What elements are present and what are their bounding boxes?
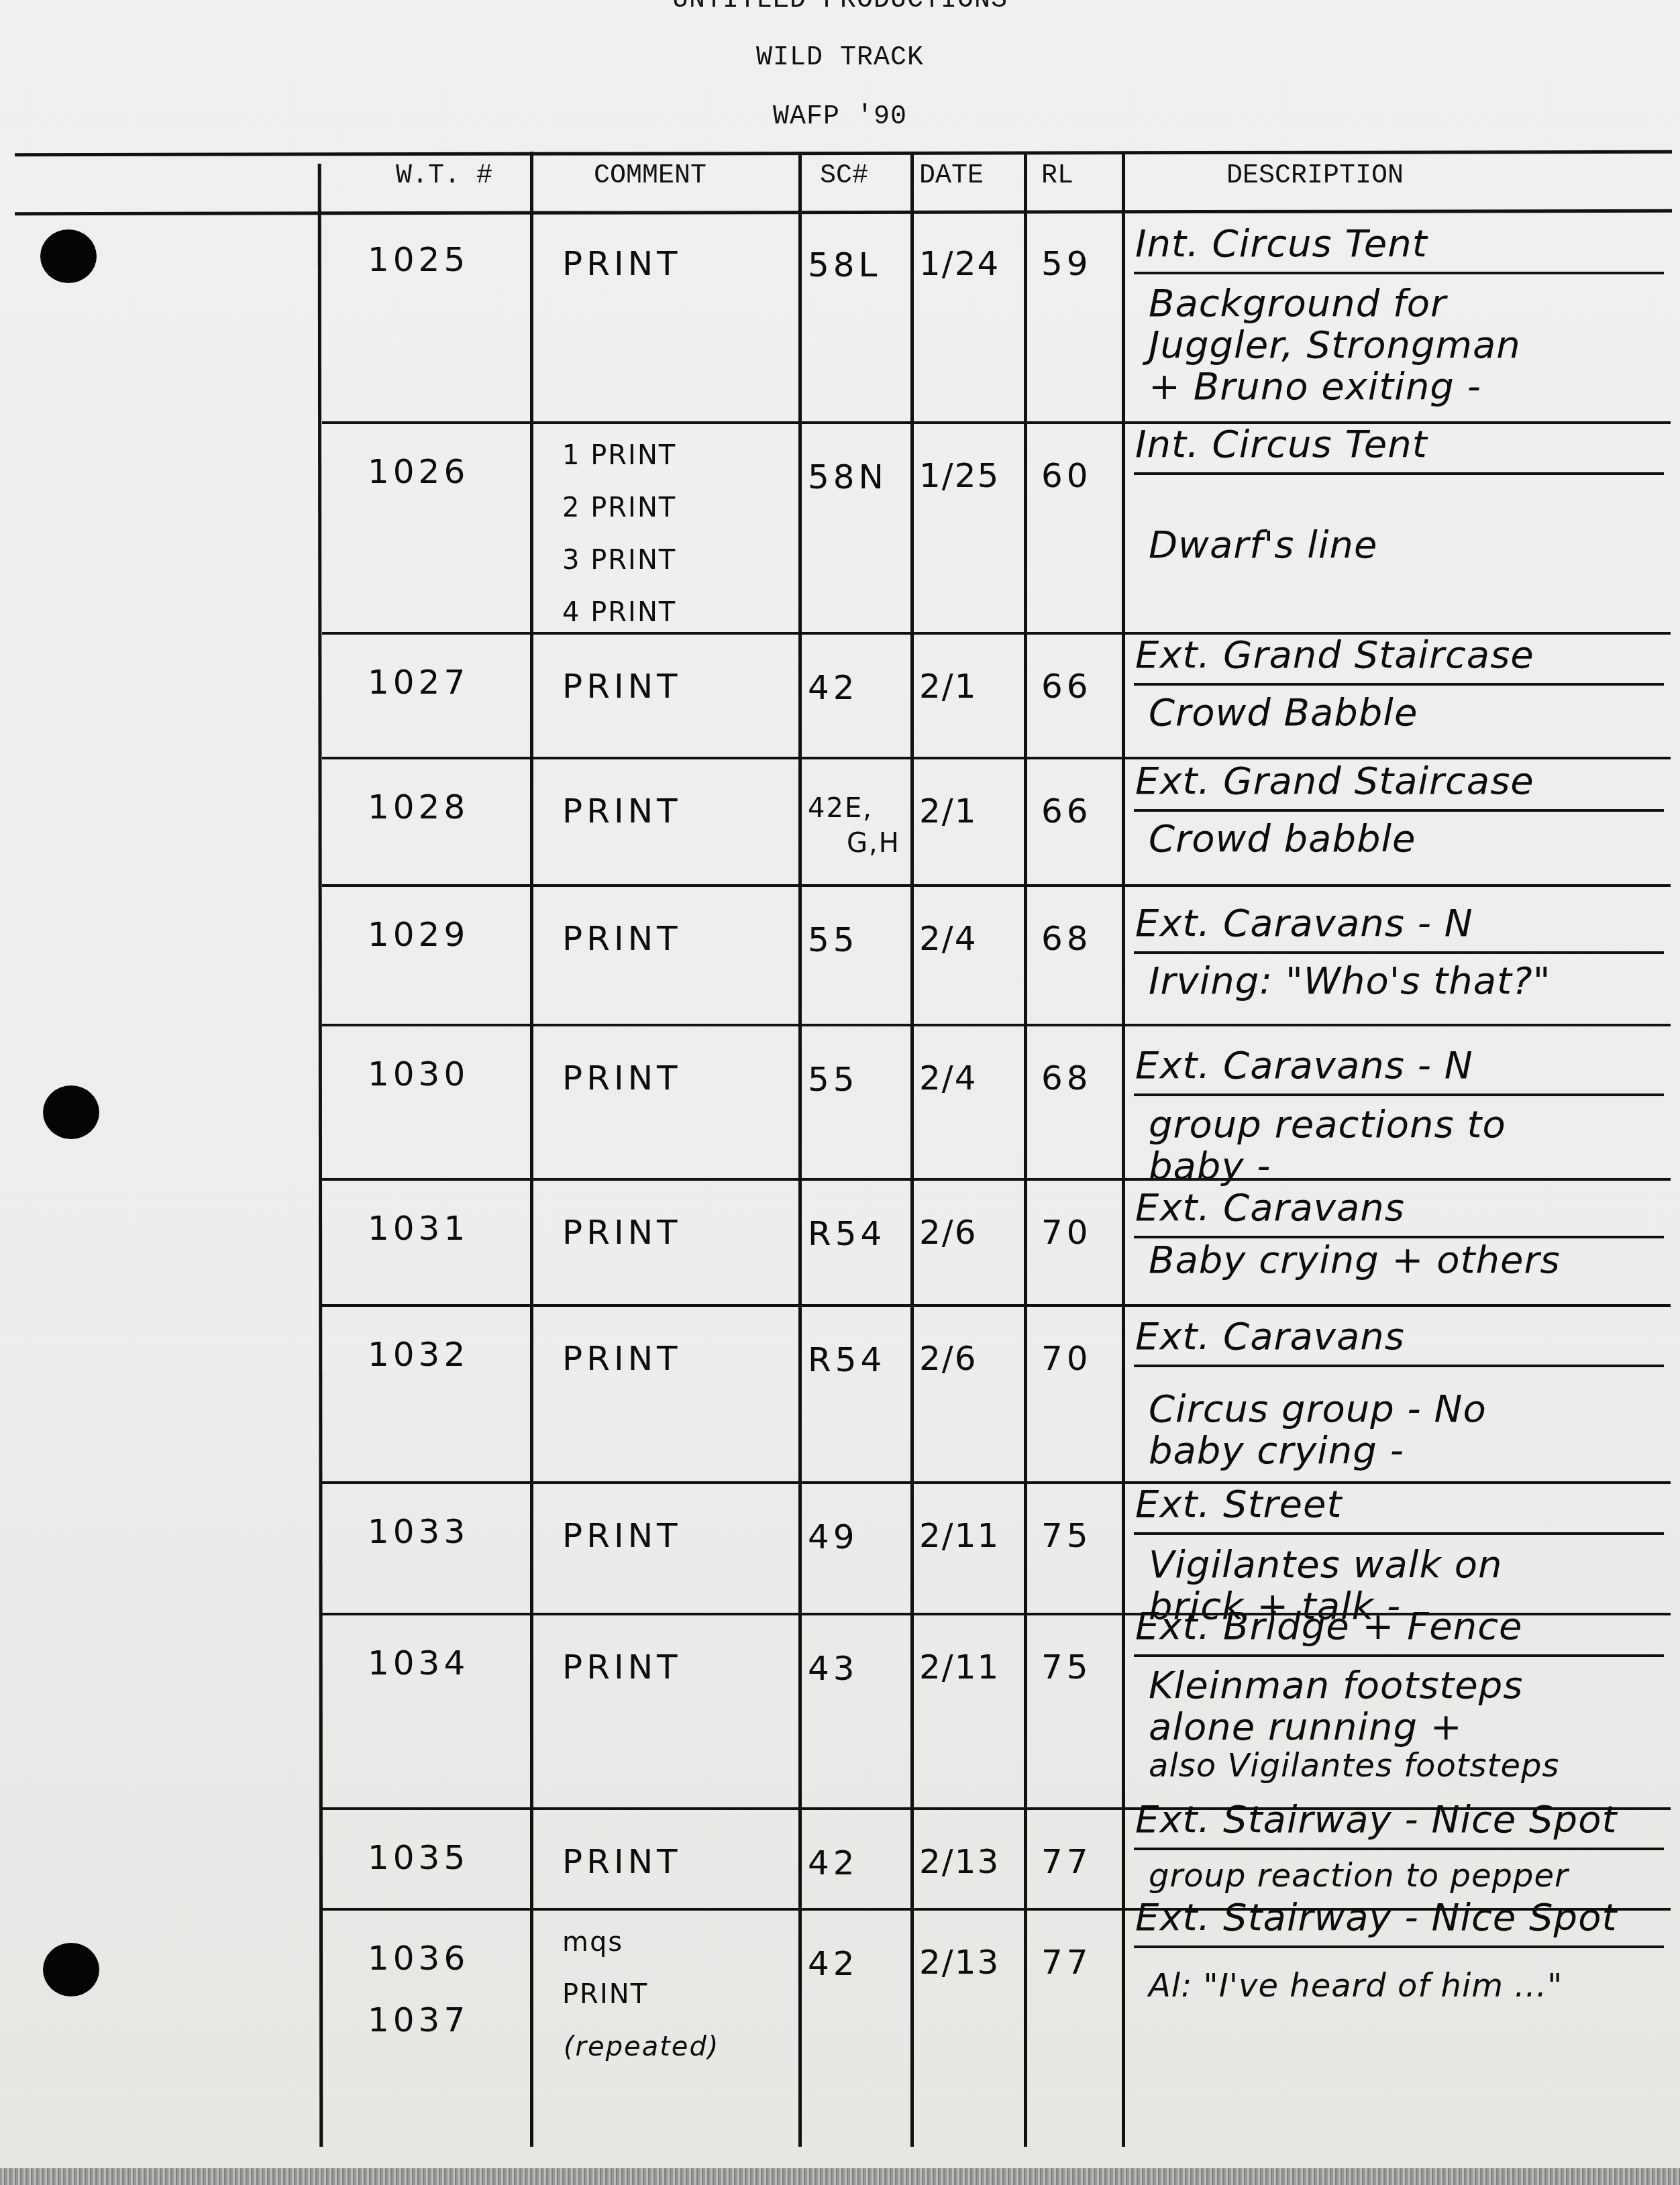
col-divider-desc-left bbox=[1122, 152, 1125, 2147]
company-name: UNTITLED PRODUCTIONS bbox=[0, 0, 1680, 15]
column-header-comment: COMMENT bbox=[594, 161, 706, 191]
reel-number: 75 bbox=[1041, 1648, 1092, 1687]
reel-number: 75 bbox=[1041, 1516, 1092, 1555]
scene-note: Juggler, Strongman bbox=[1149, 323, 1521, 367]
wt-number: 1031 bbox=[368, 1209, 469, 1248]
row-divider bbox=[322, 884, 1671, 887]
location-underline bbox=[1134, 1848, 1664, 1850]
date-text: 2/11 bbox=[919, 1648, 1000, 1687]
comment-text: 2 PRINT bbox=[562, 492, 676, 523]
date-text: 1/25 bbox=[919, 456, 1000, 495]
scene-note: baby crying - bbox=[1149, 1429, 1404, 1473]
scene-number: 55 bbox=[808, 1060, 859, 1099]
scene-number: 58N bbox=[808, 458, 888, 496]
scene-location: Ext. Caravans bbox=[1135, 1315, 1405, 1358]
row-divider bbox=[322, 421, 1671, 424]
scene-location: Ext. Caravans - N bbox=[1135, 902, 1473, 945]
reel-number: 66 bbox=[1041, 667, 1092, 706]
scene-number: 42E, bbox=[808, 793, 873, 824]
scene-note: Circus group - No bbox=[1149, 1387, 1487, 1431]
wt-number: 1028 bbox=[368, 788, 469, 827]
comment-text: PRINT bbox=[562, 1842, 682, 1881]
row-divider bbox=[322, 1024, 1671, 1026]
date-text: 2/1 bbox=[919, 667, 977, 706]
scene-location: Ext. Stairway - Nice Spot bbox=[1135, 1896, 1617, 1939]
col-divider-sc-left bbox=[798, 152, 802, 2147]
wt-number: 1025 bbox=[368, 240, 469, 279]
column-header-wt: W.T. # bbox=[396, 161, 492, 191]
scene-number: 55 bbox=[808, 920, 859, 959]
row-divider bbox=[322, 1304, 1671, 1307]
scene-location: Int. Circus Tent bbox=[1135, 423, 1428, 466]
wt-number: 1034 bbox=[368, 1644, 469, 1683]
wt-number: 1035 bbox=[368, 1838, 469, 1877]
comment-text: 3 PRINT bbox=[562, 545, 676, 576]
wt-number: 1032 bbox=[368, 1335, 469, 1374]
production-name: WAFP '90 bbox=[0, 102, 1680, 132]
scene-note: group reactions to bbox=[1149, 1103, 1506, 1147]
reel-number: 59 bbox=[1041, 244, 1092, 283]
scene-location: Ext. Stairway - Nice Spot bbox=[1135, 1798, 1617, 1842]
date-text: 2/13 bbox=[919, 1943, 1000, 1982]
scene-note: Crowd babble bbox=[1149, 817, 1416, 861]
col-divider-date-left bbox=[910, 154, 914, 2147]
location-underline bbox=[1134, 472, 1664, 475]
reel-number: 66 bbox=[1041, 792, 1092, 831]
reel-number: 70 bbox=[1041, 1213, 1092, 1252]
date-text: 2/6 bbox=[919, 1339, 977, 1378]
wt-number: 1037 bbox=[368, 2001, 469, 2039]
wt-number: 1026 bbox=[368, 452, 469, 491]
location-underline bbox=[1134, 1532, 1664, 1535]
location-underline bbox=[1134, 272, 1664, 274]
comment-text: PRINT bbox=[562, 1059, 682, 1098]
binder-hole-middle bbox=[43, 1085, 99, 1139]
column-header-rl: RL bbox=[1041, 161, 1073, 191]
column-header-description: DESCRIPTION bbox=[1226, 161, 1404, 191]
comment-text: 1 PRINT bbox=[562, 440, 676, 471]
scan-bottom-edge bbox=[0, 2168, 1680, 2185]
location-underline bbox=[1134, 809, 1664, 812]
column-header-date: DATE bbox=[919, 161, 984, 191]
comment-text: PRINT bbox=[562, 1339, 682, 1378]
comment-text: 4 PRINT bbox=[562, 597, 676, 628]
scene-note: group reaction to pepper bbox=[1149, 1857, 1569, 1895]
scene-number: 42 bbox=[808, 668, 859, 707]
scene-location: Ext. Caravans bbox=[1135, 1186, 1405, 1230]
scene-number: G,H bbox=[847, 828, 900, 859]
reel-number: 77 bbox=[1041, 1842, 1092, 1881]
binder-hole-bottom bbox=[43, 1943, 99, 1996]
comment-text: PRINT bbox=[562, 667, 682, 706]
scene-note: baby - bbox=[1149, 1144, 1271, 1188]
wt-number: 1030 bbox=[368, 1055, 469, 1094]
binder-hole-top bbox=[40, 229, 97, 283]
comment-text: PRINT bbox=[562, 1213, 682, 1252]
comment-text: PRINT bbox=[562, 244, 682, 283]
scene-location: Ext. Bridge + Fence bbox=[1135, 1605, 1523, 1648]
scene-number: R54 bbox=[808, 1340, 886, 1379]
col-divider-rl-left bbox=[1024, 152, 1027, 2147]
date-text: 2/13 bbox=[919, 1842, 1000, 1881]
scene-number: 43 bbox=[808, 1649, 859, 1688]
reel-number: 70 bbox=[1041, 1339, 1092, 1378]
scene-note: Al: "I've heard of him ..." bbox=[1149, 1967, 1563, 2005]
date-text: 2/1 bbox=[919, 792, 977, 831]
date-text: 2/6 bbox=[919, 1213, 977, 1252]
wt-number: 1036 bbox=[368, 1939, 469, 1978]
scene-number: 49 bbox=[808, 1517, 859, 1556]
reel-number: 68 bbox=[1041, 919, 1092, 958]
scene-number: 58L bbox=[808, 246, 881, 284]
reel-number: 77 bbox=[1041, 1943, 1092, 1982]
scene-note: Crowd Babble bbox=[1149, 691, 1418, 735]
scene-note: Dwarf's line bbox=[1149, 523, 1377, 567]
col-divider-comment-left bbox=[530, 152, 533, 2147]
comment-text: PRINT bbox=[562, 1516, 682, 1555]
date-text: 2/11 bbox=[919, 1516, 1000, 1555]
wt-number: 1029 bbox=[368, 915, 469, 954]
wt-number: 1033 bbox=[368, 1512, 469, 1551]
row-divider bbox=[322, 1178, 1671, 1181]
scene-note: + Bruno exiting - bbox=[1149, 365, 1481, 409]
row-divider bbox=[322, 1481, 1671, 1484]
location-underline bbox=[1134, 951, 1664, 954]
scene-number: R54 bbox=[808, 1214, 886, 1253]
column-header-sc: SC# bbox=[820, 161, 868, 191]
location-underline bbox=[1134, 1365, 1664, 1367]
reel-number: 68 bbox=[1041, 1059, 1092, 1098]
scene-note: alone running + bbox=[1149, 1705, 1463, 1749]
document-title: WILD TRACK bbox=[0, 43, 1680, 73]
date-text: 2/4 bbox=[919, 1059, 977, 1098]
scene-location: Int. Circus Tent bbox=[1135, 222, 1428, 266]
date-text: 2/4 bbox=[919, 919, 977, 958]
location-underline bbox=[1134, 1946, 1664, 1948]
scene-note: also Vigilantes footsteps bbox=[1149, 1747, 1559, 1784]
wt-number: 1027 bbox=[368, 663, 469, 702]
scene-location: Ext. Grand Staircase bbox=[1135, 759, 1534, 803]
scene-location: Ext. Street bbox=[1135, 1483, 1342, 1526]
scene-number: 42 bbox=[808, 1944, 859, 1983]
location-underline bbox=[1134, 1654, 1664, 1657]
scene-note: Irving: "Who's that?" bbox=[1149, 959, 1551, 1003]
scene-number: 42 bbox=[808, 1844, 859, 1882]
scene-note: Kleinman footsteps bbox=[1149, 1664, 1523, 1707]
scene-note: Vigilantes walk on bbox=[1149, 1543, 1502, 1587]
scene-location: Ext. Caravans - N bbox=[1135, 1044, 1473, 1087]
date-text: 1/24 bbox=[919, 244, 1000, 283]
comment-text: PRINT bbox=[562, 919, 682, 958]
comment-text: mqs bbox=[562, 1927, 623, 1958]
location-underline bbox=[1134, 1094, 1664, 1096]
comment-text: (repeated) bbox=[564, 2031, 719, 2062]
reel-number: 60 bbox=[1041, 456, 1092, 495]
comment-text: PRINT bbox=[562, 1648, 682, 1687]
scene-note: Baby crying + others bbox=[1149, 1238, 1561, 1282]
comment-text: PRINT bbox=[562, 1979, 648, 2010]
scene-location: Ext. Grand Staircase bbox=[1135, 633, 1534, 677]
location-underline bbox=[1134, 683, 1664, 686]
scene-note: Background for bbox=[1149, 282, 1447, 325]
comment-text: PRINT bbox=[562, 792, 682, 831]
